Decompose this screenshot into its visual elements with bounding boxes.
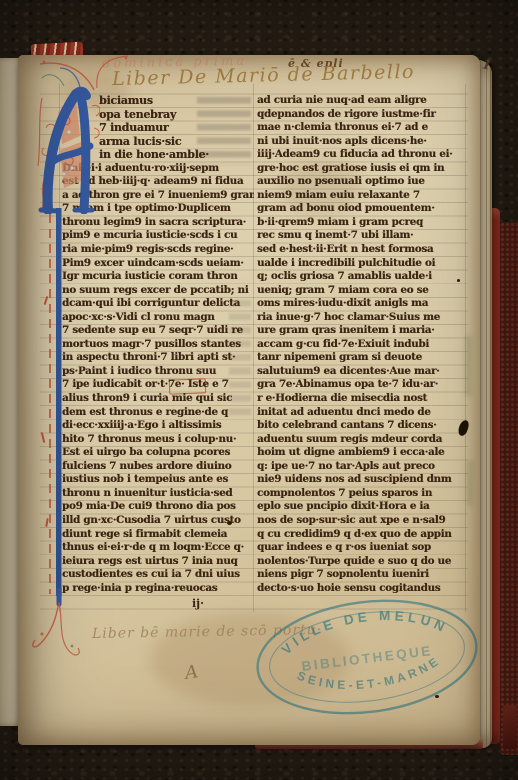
text-line: quar indees e q r·os iueniat sop xyxy=(257,541,463,555)
line-filler-mark: ij· xyxy=(192,597,204,610)
text-line: in die hone·amble· xyxy=(99,148,254,162)
text-line: thronu n inuenitur iusticia·sed xyxy=(62,487,254,501)
book-cover-edge xyxy=(500,222,518,755)
text-line: iiij·Adeam9 cu fiducia ad thronu ei· xyxy=(257,148,463,162)
text-line: fulciens 7 nubes ardore diuino xyxy=(62,460,254,474)
text-line: bito celebrand cantans 7 dicens· xyxy=(257,419,463,433)
text-line: po9 mia·De cui9 throno dia pos xyxy=(62,500,254,514)
text-line: niem9 miam euiu relaxante 7 xyxy=(257,189,463,203)
text-line: illd gn·xc·Cusodia 7 uirtus custo xyxy=(62,514,254,528)
text-line: ria inue·g·7 hoc clamar·Suius me xyxy=(257,311,463,325)
text-line: ure gram qras inenitem i maria· xyxy=(257,324,463,338)
text-line: b·ii·qrem9 miam i gram pcreq xyxy=(257,216,463,230)
ex-libris-flourish: A xyxy=(184,661,200,684)
text-line: niens pigr 7 sopnolentu iueniri xyxy=(257,568,463,582)
text-line: alius thron9 i curia mie qui sic xyxy=(62,392,254,406)
text-line: nolentos·Turpe quide e suo q do ue xyxy=(257,555,463,569)
text-line: q: ipe ue·7 no tar·Apls aut preco xyxy=(257,460,463,474)
text-line: Est ei uirgo ba colupna pcores xyxy=(62,446,254,460)
illuminated-initial-A xyxy=(36,84,100,214)
text-line: 7 ipe iudicabit or·t·7e· Iste e 7 xyxy=(62,378,254,392)
text-line: ieiura regs est uirtus 7 inia nuq xyxy=(62,555,254,569)
book-cover-corner xyxy=(503,705,517,749)
text-line: sed e·hest·ii·Erit n hest formosa xyxy=(257,243,463,257)
text-line: initat ad aduentu dnci medo de xyxy=(257,406,463,420)
text-line: diunt rege si firmabit clemeia xyxy=(62,528,254,542)
text-line: hoim ut digne ambiem9 i ecca·ale xyxy=(257,446,463,460)
text-line: qdepnandos de rigore iustme·fir xyxy=(257,108,463,122)
text-line: ueniq; gram 7 miam cora eo se xyxy=(257,284,463,298)
text-line: dcam·qui ibi corriguntur delicta xyxy=(62,297,254,311)
text-line: opa tenebray xyxy=(99,108,254,122)
text-line: r e·Hodierna die misecdia nost xyxy=(257,392,463,406)
green-smudge xyxy=(467,460,473,506)
text-line: thronu legim9 in sacra scriptura· xyxy=(62,216,254,230)
text-line: ria mie·pim9 regis·scds regine· xyxy=(62,243,254,257)
text-line: eplo sue pncipio dixit·Hora e ia xyxy=(257,500,463,514)
text-line: mae n·clemia thronus ei·7 ad e xyxy=(257,121,463,135)
text-line: q; oclis griosa 7 amablis ualde·i xyxy=(257,270,463,284)
text-line: ualde i incredibili pulchitudie oi xyxy=(257,257,463,271)
text-line: gra 7e·Abinamus opa te·7 idu·ar· xyxy=(257,378,463,392)
border-bar-red xyxy=(49,214,51,594)
text-line: rec smu q inemt·7 ubi illam· xyxy=(257,229,463,243)
text-column-right: ad curia nie nuq·ad eam aligreqdepnandos… xyxy=(257,94,463,595)
text-line: di·ecc·xxiiij·a·Ego i altissimis xyxy=(62,419,254,433)
penwork-tail xyxy=(28,588,120,660)
text-line: compnolentos 7 peius sparos in xyxy=(257,487,463,501)
text-line: oms mires·iudu·dixit anigls ma xyxy=(257,297,463,311)
text-line: tanr nipemeni gram si deuote xyxy=(257,351,463,365)
text-line: p rege·inia p regina·reuocas xyxy=(62,582,254,596)
text-line: accam g·cu fid·7e·Exiuit indubi xyxy=(257,338,463,352)
text-line: ni ubi inuit·nos apls dicens·he· xyxy=(257,135,463,149)
text-line: in aspectu throni·7 libri apti st· xyxy=(62,351,254,365)
text-line: custodientes es cui ia 7 dni uius xyxy=(62,568,254,582)
text-line: aduentu suum regis mdeur corda xyxy=(257,433,463,447)
text-line: Pim9 excer uindcam·scds ueiam· xyxy=(62,257,254,271)
text-line: iustius nob i tempeius ante es xyxy=(62,473,254,487)
text-line: no suum regs excer de pccatib; ni xyxy=(62,284,254,298)
text-line: dem est thronus e regine·de q xyxy=(62,406,254,420)
text-line: gre·hoc est gratiose iusis ei qm in xyxy=(257,162,463,176)
text-line: salutuium9 ea dicentes·Aue mar· xyxy=(257,365,463,379)
text-line: arma lucis·sic xyxy=(99,135,254,149)
text-line: hito 7 thronus meus i colup·nu· xyxy=(62,433,254,447)
text-line: apoc·xc·s·Vidi cl ronu magn xyxy=(62,311,254,325)
text-line: pim9 e mcuria iusticie·scds i cu xyxy=(62,229,254,243)
text-line: ad curia nie nuq·ad eam aligre xyxy=(257,94,463,108)
manuscript-photo: dominica prima ē & epli Liber De Mariō d… xyxy=(0,0,518,780)
text-line: 7 sedente sup eu 7 seqr·7 uidi re xyxy=(62,324,254,338)
text-line: nos de sop·sur·sic aut xpe e n·sal9 xyxy=(257,514,463,528)
text-line: gram ad bonu oiod pmouentem· xyxy=(257,202,463,216)
border-bar-blue xyxy=(56,208,61,596)
text-line: mortuos magr·7 pusillos stantes xyxy=(62,338,254,352)
text-line: q cu credidim9 q d·ex quo de appin xyxy=(257,528,463,542)
green-smudge xyxy=(465,335,472,397)
text-line: 7 induamur xyxy=(99,121,254,135)
text-line: Igr mcuria iusticie coram thron xyxy=(62,270,254,284)
text-line: thnus ei·ei·r·de q m loqm·Ecce q· xyxy=(62,541,254,555)
text-line: ps·Paint i iudico thronu suu xyxy=(62,365,254,379)
column-lines: ad curia nie nuq·ad eam aligreqdepnandos… xyxy=(257,94,463,595)
column-lines: Dnic·i·i aduentu·ro·xiij·sepmest ad heb·… xyxy=(62,162,254,596)
text-line: nie9 uidens nos ad suscipiend dnm xyxy=(257,473,463,487)
text-line: biciamus xyxy=(99,94,254,108)
text-line: auxilio no psenuali optimo iue xyxy=(257,175,463,189)
